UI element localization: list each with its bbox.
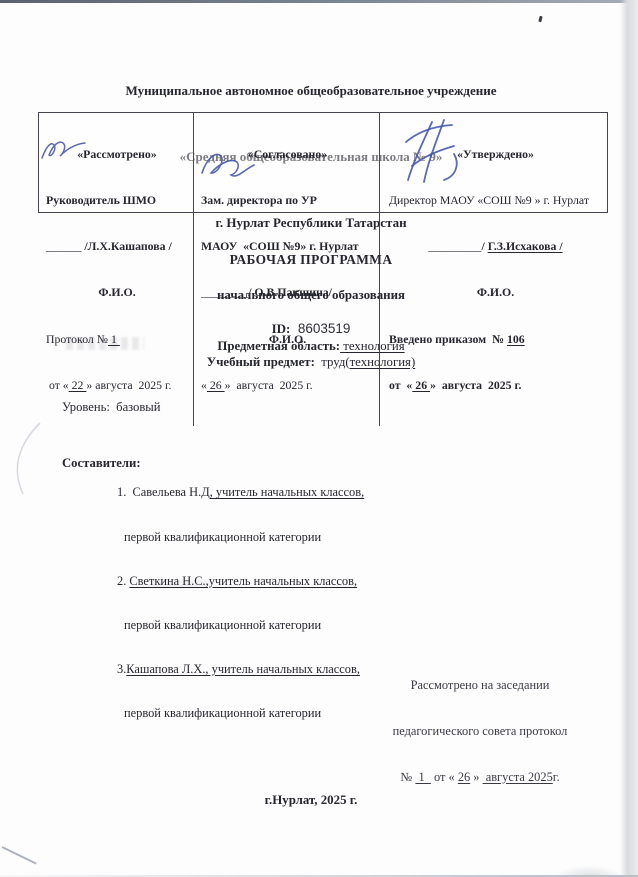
date-day: 26: [207, 378, 225, 392]
subject-line: Учебный предмет: труд(технология): [0, 355, 622, 370]
council-line2: педагогического совета протокол: [330, 724, 630, 739]
ink-speck: [538, 16, 542, 23]
council-date-sep: »: [470, 770, 482, 784]
scan-edge-top: [0, 0, 638, 3]
author-name: Савельева Н.Д: [133, 485, 210, 499]
scanned-document-page: Муниципальное автономное общеобразовател…: [0, 0, 638, 877]
reviewed-role: Руководитель ШМО: [46, 193, 188, 208]
author-title-underlined: , учитель начальных классов,: [210, 485, 365, 499]
author-item: 1. Савельева Н.Д, учитель начальных клас…: [117, 485, 462, 500]
subject-label: Учебный предмет:: [207, 355, 315, 369]
subject-area-line: Предметная область: технология: [0, 339, 622, 354]
signature-approved-scribble: [398, 118, 482, 186]
council-note: Рассмотрено на заседании педагогического…: [330, 648, 630, 815]
subject-area-value: технология: [340, 339, 405, 353]
level-label: Уровень:: [62, 400, 110, 414]
author-number: 2.: [117, 574, 129, 588]
reviewed-date-line: от « 22 » августа 2025 г.: [46, 378, 188, 393]
author-item: 2. Светкина Н.С.,учитель начальных класс…: [117, 574, 462, 589]
date-tail: » августа 2025 г.: [430, 378, 521, 392]
footer-city-year: г.Нурлат, 2025 г.: [0, 793, 622, 808]
approved-date-line: от « 26 » августа 2025 г.: [389, 378, 602, 393]
level-value: базовый: [110, 400, 161, 414]
author-title-underlined: Светкина Н.С.,учитель начальных классов,: [129, 574, 357, 588]
subject-value-plain: труд(: [315, 355, 350, 369]
agreed-role: Зам. директора по УР: [201, 193, 374, 208]
id-value: 8603519: [290, 321, 350, 336]
date-tail: » августа 2025 г.: [225, 378, 313, 392]
council-protocol-number: 1: [415, 770, 431, 784]
org-name-line1: Муниципальное автономное общеобразовател…: [30, 80, 592, 102]
approved-role: Директор МАОУ «СОШ №9 » г. Нурлат: [389, 193, 602, 208]
council-date-suffix: г.: [553, 770, 560, 784]
program-subtitle: начального общего образования: [0, 288, 622, 303]
council-date-day: 26: [458, 770, 470, 784]
council-line1: Рассмотрено на заседании: [330, 678, 630, 693]
scan-scratch-line: [2, 846, 37, 864]
author-number: 1.: [117, 485, 133, 499]
scan-crease-mark: [4, 420, 48, 498]
date-prefix: от «: [389, 378, 412, 392]
council-line3: № 1 от « 26 » августа 2025г.: [330, 770, 630, 785]
subject-area-label: Предметная область:: [217, 339, 340, 353]
author-title-underlined: Кашапова Л.Х., учитель начальных классов…: [126, 662, 360, 676]
signature-agreed-scribble: [198, 148, 262, 184]
author-number: 3.: [117, 662, 126, 676]
id-label: ID:: [272, 321, 291, 336]
council-date-month-year: августа 2025: [483, 770, 553, 784]
program-id-line: ID: 8603519: [0, 321, 622, 337]
signature-reviewed-scribble: [39, 136, 93, 164]
author-category: первой квалификационной категории: [117, 618, 462, 633]
author-category: первой квалификационной категории: [117, 530, 462, 545]
council-no-label: №: [400, 770, 415, 784]
program-title: РАБОЧАЯ ПРОГРАММА: [0, 252, 622, 268]
council-date-prefix: от «: [431, 770, 458, 784]
date-prefix: от «: [46, 378, 69, 392]
date-tail: » августа 2025 г.: [86, 378, 171, 392]
agreed-date-line: « 26 » августа 2025 г.: [201, 378, 374, 393]
subject-value-underlined: технология): [350, 355, 416, 369]
date-day: 22: [69, 378, 87, 392]
page-curl-shadow: [554, 865, 624, 877]
level-line: Уровень: базовый: [62, 400, 161, 415]
date-day: 26: [412, 378, 430, 392]
approval-table: «Рассмотрено» Руководитель ШМО ______ /Л…: [38, 112, 608, 213]
